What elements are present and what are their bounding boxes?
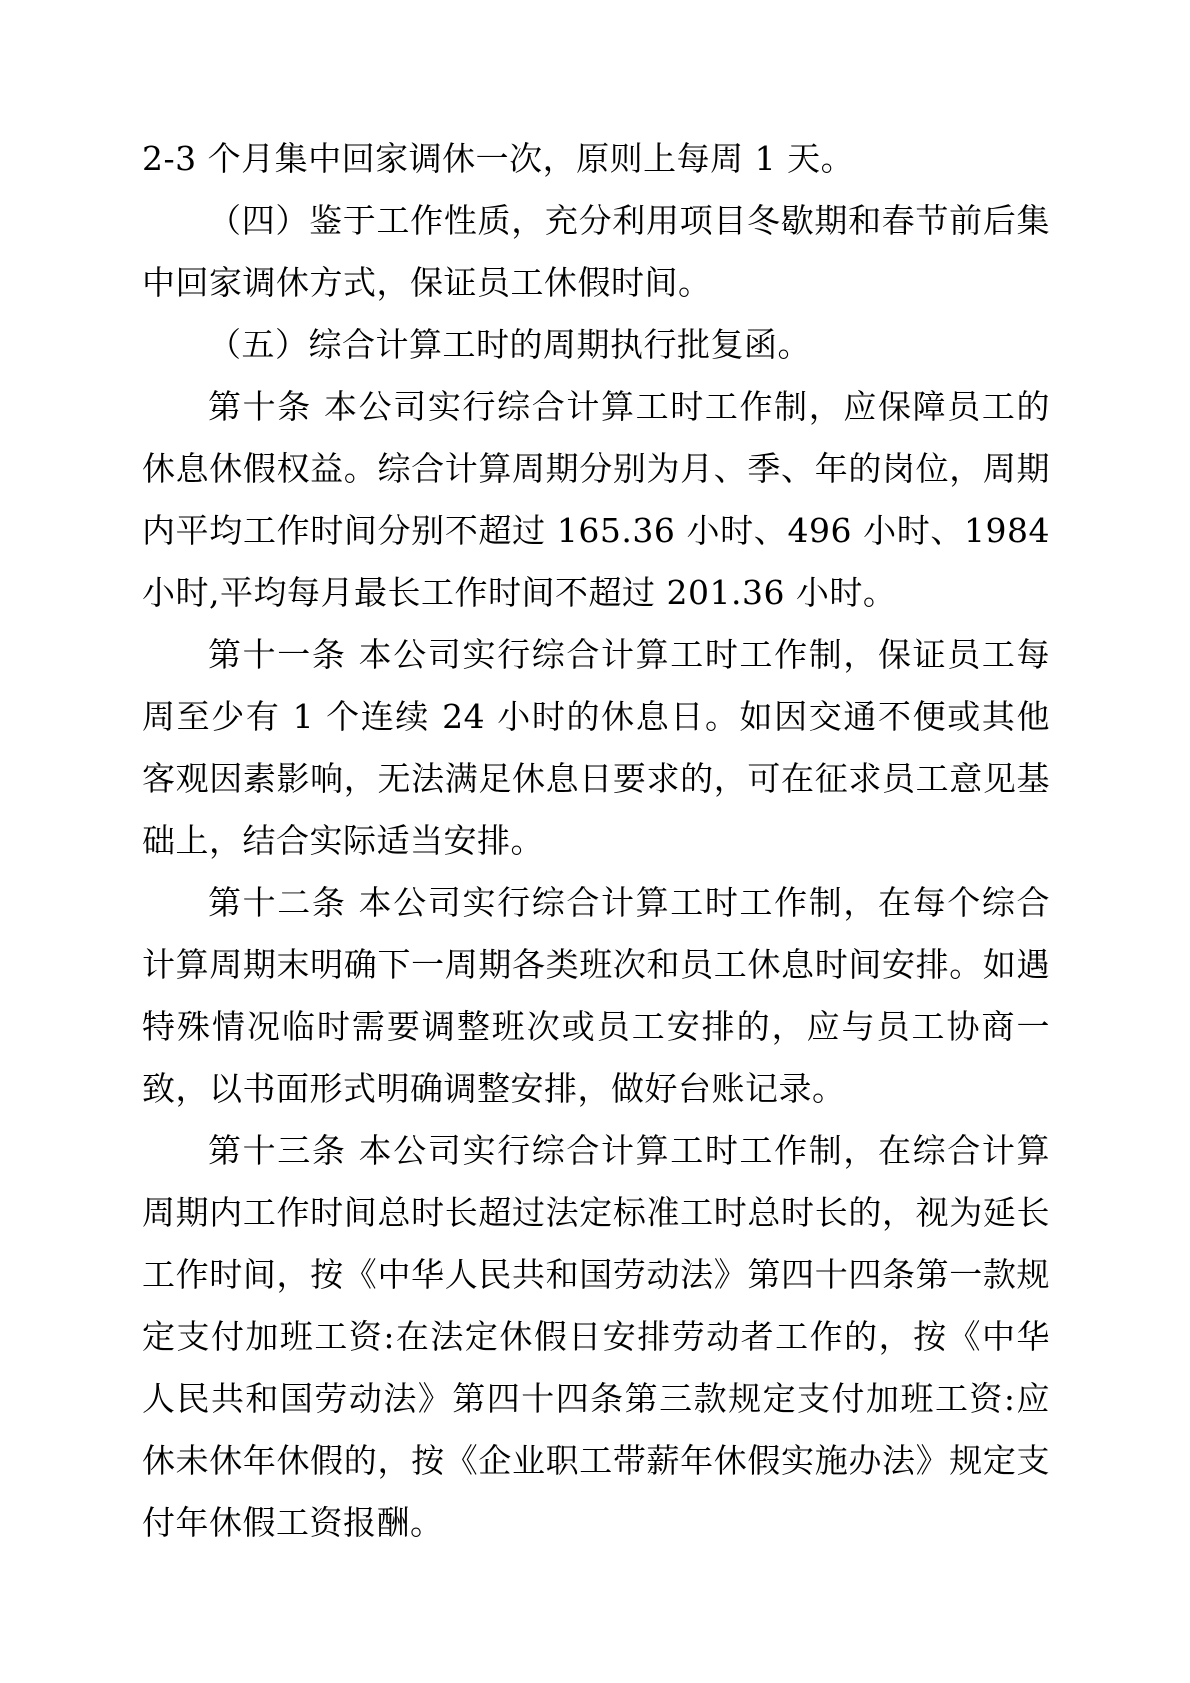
document-page: 2-3 个月集中回家调休一次，原则上每周 1 天。 （四）鉴于工作性质，充分利用… — [0, 0, 1190, 1683]
document-body-text: 2-3 个月集中回家调休一次，原则上每周 1 天。 （四）鉴于工作性质，充分利用… — [142, 128, 1050, 1554]
paragraph: （四）鉴于工作性质，充分利用项目冬歇期和春节前后集中回家调休方式，保证员工休假时… — [142, 190, 1050, 314]
paragraph: 第十三条 本公司实行综合计算工时工作制，在综合计算周期内工作时间总时长超过法定标… — [142, 1120, 1050, 1554]
paragraph: （五）综合计算工时的周期执行批复函。 — [142, 314, 1050, 376]
paragraph: 第十二条 本公司实行综合计算工时工作制，在每个综合计算周期末明确下一周期各类班次… — [142, 872, 1050, 1120]
paragraph: 2-3 个月集中回家调休一次，原则上每周 1 天。 — [142, 128, 1050, 190]
paragraph: 第十条 本公司实行综合计算工时工作制，应保障员工的休息休假权益。综合计算周期分别… — [142, 376, 1050, 624]
paragraph: 第十一条 本公司实行综合计算工时工作制，保证员工每周至少有 1 个连续 24 小… — [142, 624, 1050, 872]
